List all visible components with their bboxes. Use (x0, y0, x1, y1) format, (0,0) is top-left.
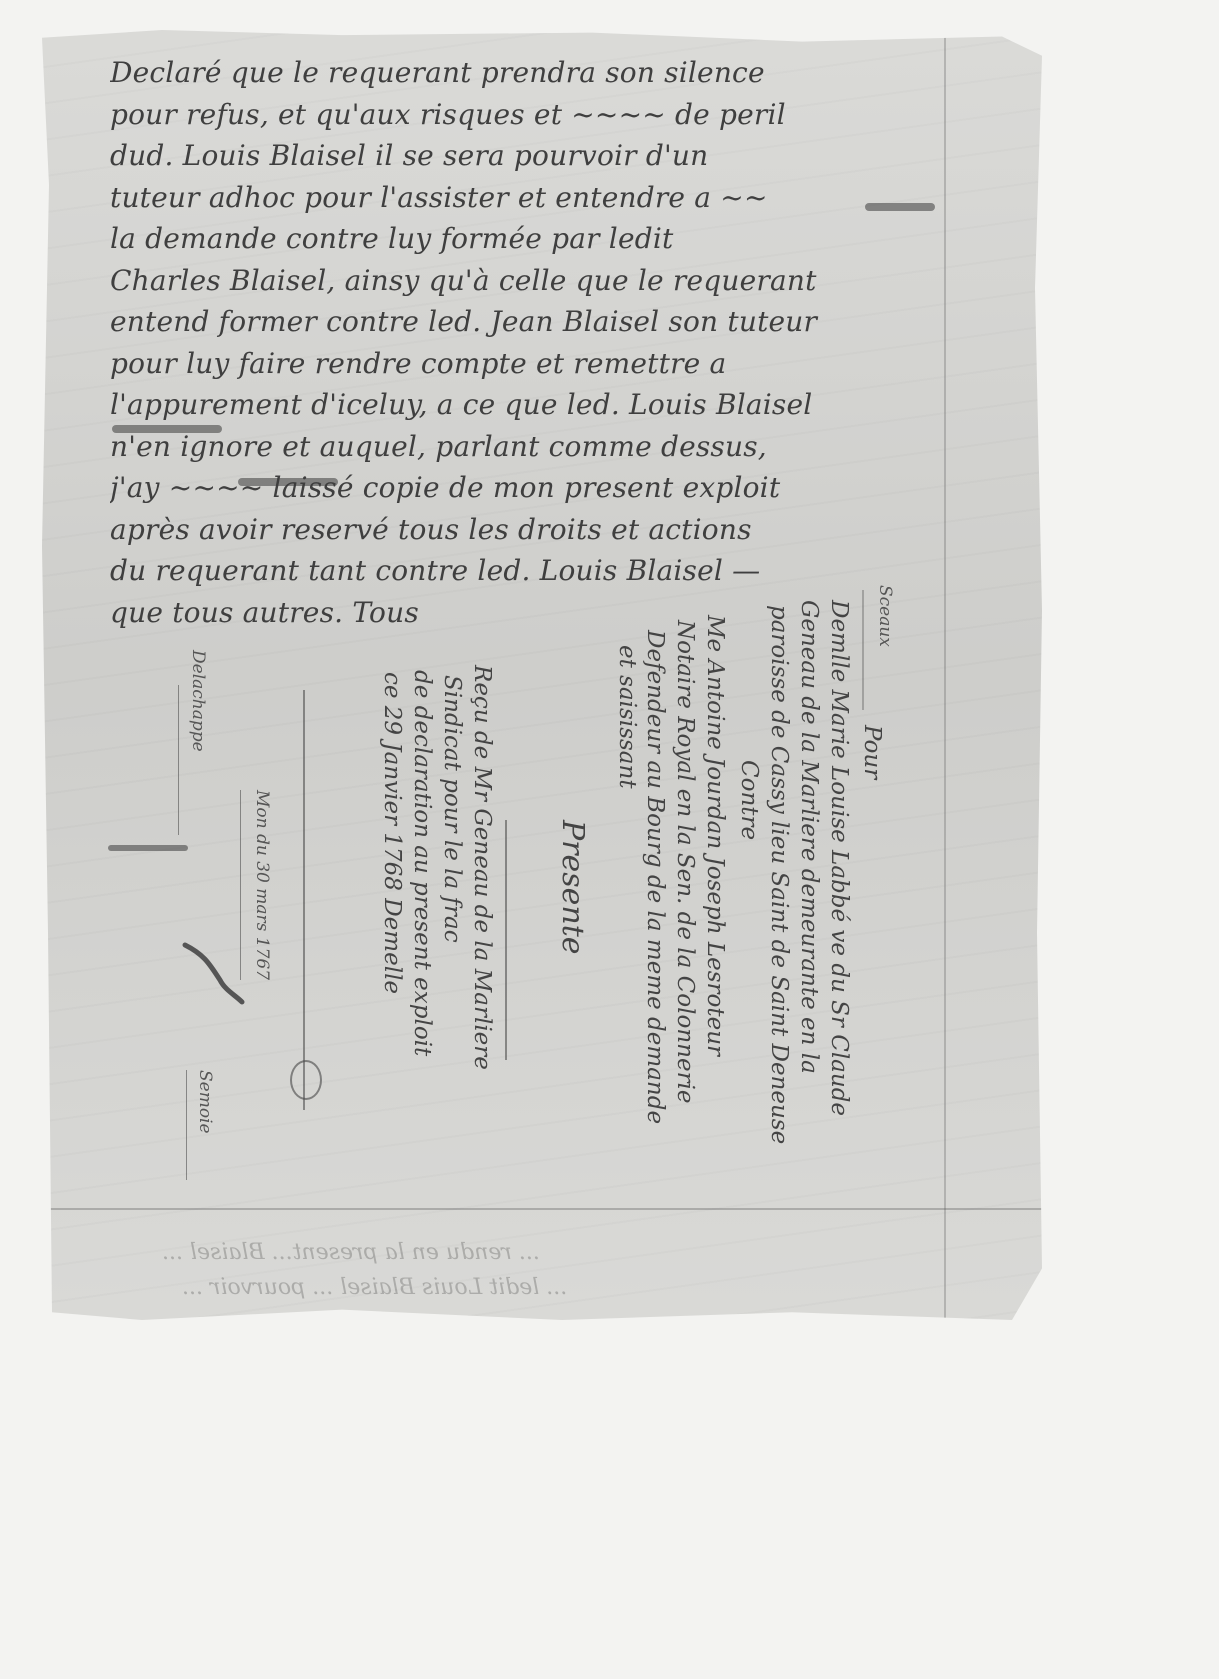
endorsement-pour: Pour (859, 725, 885, 779)
body-line: après avoir reservé tous les droits et a… (110, 509, 1010, 551)
margin-rule (178, 685, 179, 835)
fold-line-horizontal (42, 1208, 1042, 1210)
manuscript-body: Declaré que le requerant prendra son sil… (110, 52, 1010, 633)
endorsement-sceaux: Sceaux (875, 585, 895, 647)
strikeout-mark (238, 478, 338, 486)
body-line: tuteur adhoc pour l'assister et entendre… (110, 177, 1010, 219)
endorsement-line: paroisse de Cassy lieu Saint de Saint De… (766, 605, 792, 1144)
endorsement-line: Me Antoine Jourdan Joseph Lesroteur (702, 615, 728, 1056)
receipt-line: ce 29 Janvier 1768 Demelle (379, 672, 405, 994)
ink-smudge (108, 845, 188, 851)
endorsement-line: Demlle Marie Louise Labbé ve du Sr Claud… (826, 600, 852, 1116)
body-line: dud. Louis Blaisel il se sera pourvoir d… (110, 135, 1010, 177)
endorsement-line: Notaire Royal en la Sen. de la Colonneri… (672, 620, 698, 1104)
date-note: Mon du 30 mars 1767 (252, 790, 272, 980)
body-line: entend former contre led. Jean Blaisel s… (110, 301, 1010, 343)
underline-rule (862, 590, 864, 710)
receipt-line: de declaration au present exploit (409, 670, 435, 1056)
bleed-through-line: ... ledit Louis Blaisel ... pourvoir ... (182, 1275, 567, 1300)
margin-rule (505, 820, 507, 1060)
paraphe-mark-icon (180, 940, 250, 1010)
endorsement-line: Defendeur au Bourg de la meme demande (642, 630, 668, 1124)
signature-semoie: Semoie (195, 1070, 215, 1134)
endorsement-contre: Contre (736, 760, 762, 840)
strikeout-mark (865, 203, 935, 211)
margin-rule (303, 690, 305, 1110)
ink-smudge (112, 425, 222, 433)
endorsement-line: Geneau de la Marliere demeurante en la (796, 600, 822, 1074)
body-line: la demande contre luy formée par ledit (110, 218, 1010, 260)
signature-delachappe: Delachappe (188, 650, 208, 752)
receipt-line: Reçu de Mr Geneau de la Marliere (469, 665, 495, 1070)
endorsement-line: et saisissant (614, 645, 640, 789)
body-line: Declaré que le requerant prendra son sil… (110, 52, 1010, 94)
signature-flourish (290, 1060, 322, 1100)
body-line: pour luy faire rendre compte et remettre… (110, 343, 1010, 385)
endorsement-presente: Presente (555, 820, 590, 955)
receipt-line: Sindicat pour le la frac (439, 675, 465, 943)
body-line: n'en ignore et auquel, parlant comme des… (110, 426, 1010, 468)
bleed-through-line: ... rendu en la present... Blaisel ... (162, 1240, 540, 1265)
body-line: pour refus, et qu'aux risques et ~~~~ de… (110, 94, 1010, 136)
body-line: Charles Blaisel, ainsy qu'à celle que le… (110, 260, 1010, 302)
margin-rule (186, 1070, 187, 1180)
body-line: j'ay ~~~~ laissé copie de mon present ex… (110, 467, 1010, 509)
body-line: l'appurement d'iceluy, a ce que led. Lou… (110, 384, 1010, 426)
